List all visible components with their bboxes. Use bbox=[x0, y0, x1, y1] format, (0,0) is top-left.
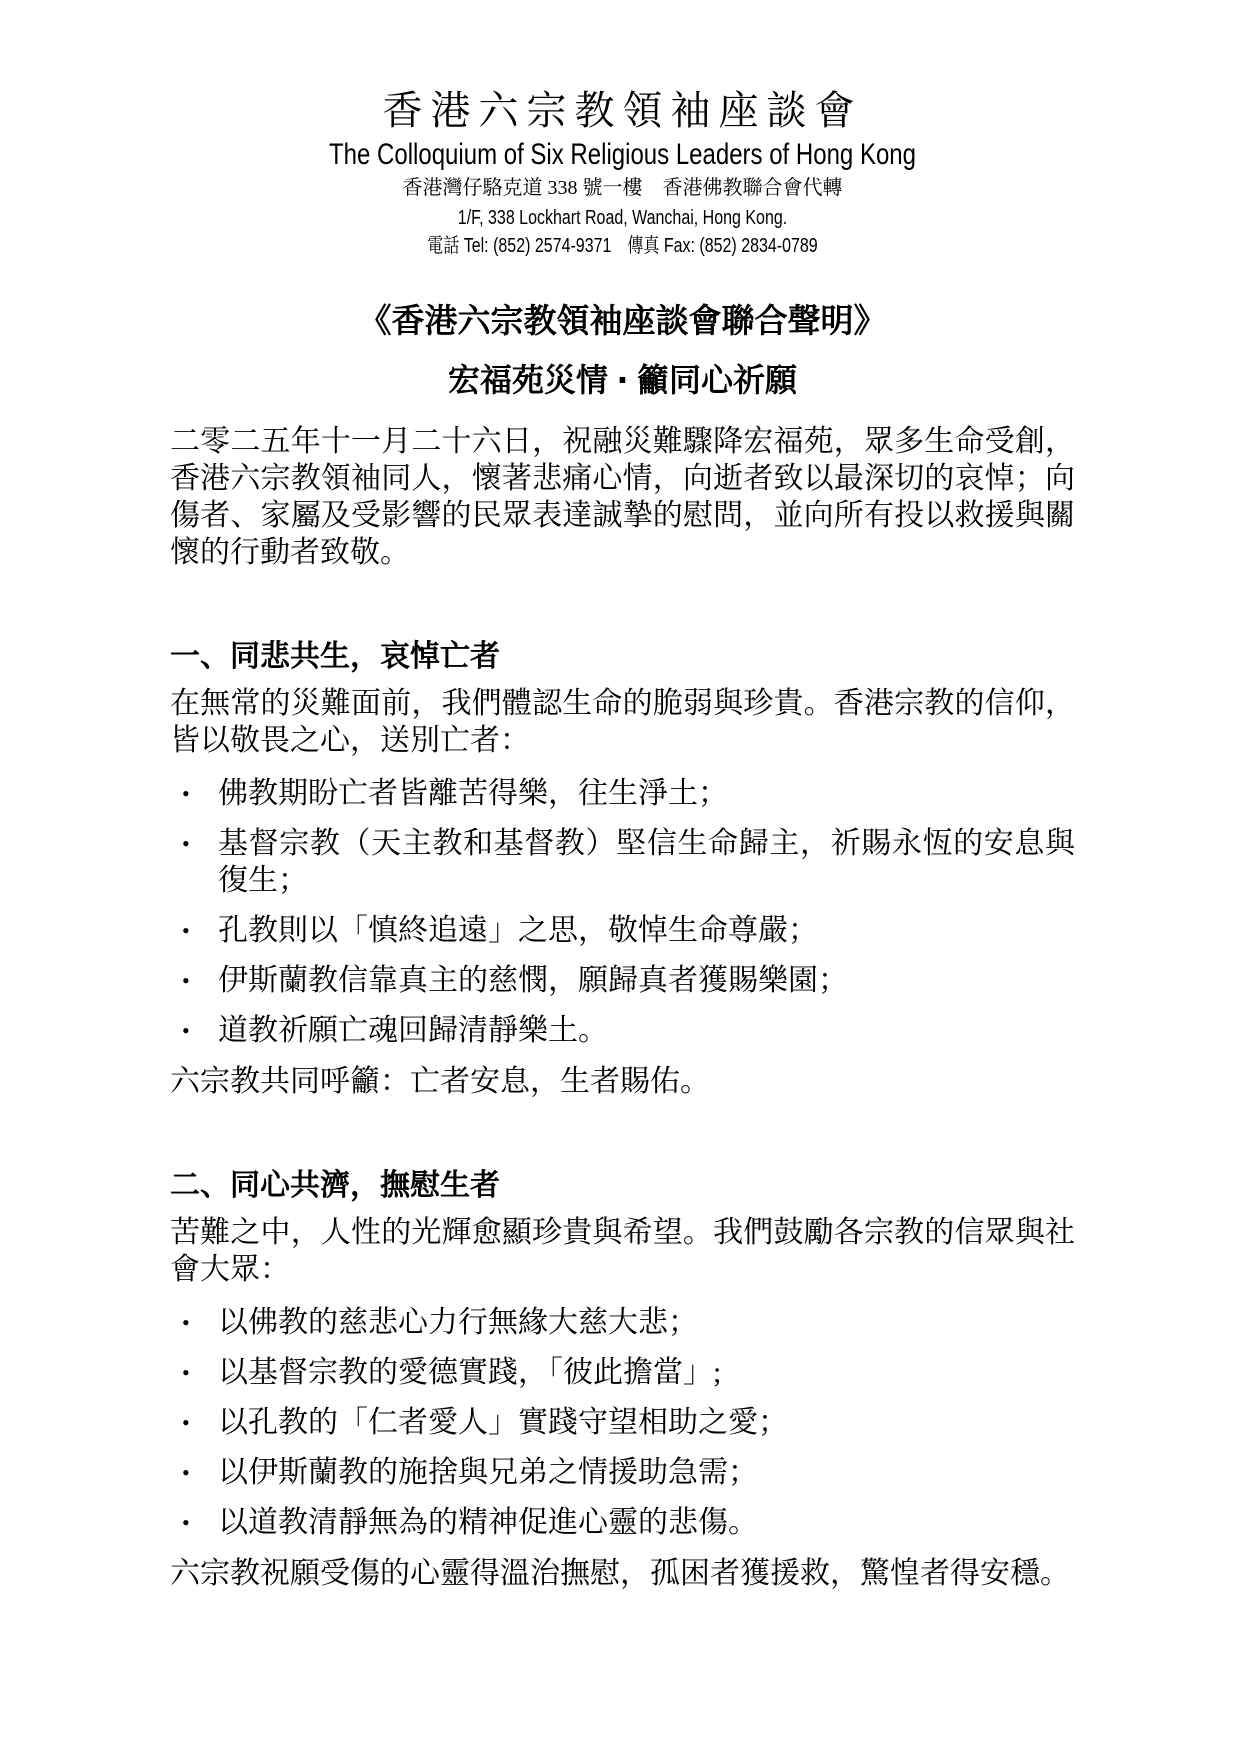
bullet-icon: • bbox=[170, 1454, 218, 1491]
tel-fax-line: 電話 Tel: (852) 2574-9371 傳真 Fax: (852) 28… bbox=[261, 233, 985, 259]
list-item: • 以孔教的「仁者愛人」實踐守望相助之愛； bbox=[170, 1404, 1075, 1441]
bullet-text: 以佛教的慈悲心力行無緣大慈大悲； bbox=[218, 1304, 1075, 1341]
list-item: • 道教祈願亡魂回歸清靜樂土。 bbox=[170, 1012, 1075, 1049]
statement-title: 《香港六宗教領袖座談會聯合聲明》 bbox=[170, 299, 1075, 343]
letterhead: 香港六宗教領袖座談會 The Colloquium of Six Religio… bbox=[170, 88, 1075, 259]
section-2-lead: 苦難之中，人性的光輝愈顯珍貴與希望。我們鼓勵各宗教的信眾與社會大眾： bbox=[170, 1214, 1075, 1288]
bullet-icon: • bbox=[170, 775, 218, 812]
bullet-icon: • bbox=[170, 1504, 218, 1541]
list-item: • 伊斯蘭教信靠真主的慈憫，願歸真者獲賜樂園； bbox=[170, 962, 1075, 999]
section-1-lead: 在無常的災難面前，我們體認生命的脆弱與珍貴。香港宗教的信仰，皆以敬畏之心，送別亡… bbox=[170, 685, 1075, 759]
list-item: • 佛教期盼亡者皆離苦得樂，往生淨土； bbox=[170, 775, 1075, 812]
list-item: • 以伊斯蘭教的施捨與兄弟之情援助急需； bbox=[170, 1454, 1075, 1491]
list-item: • 基督宗教（天主教和基督教）堅信生命歸主，祈賜永恆的安息與復生； bbox=[170, 825, 1075, 899]
bullet-text: 基督宗教（天主教和基督教）堅信生命歸主，祈賜永恆的安息與復生； bbox=[218, 825, 1075, 899]
bullet-text: 以基督宗教的愛德實踐，「彼此擔當」; bbox=[218, 1354, 1075, 1391]
bullet-text: 以孔教的「仁者愛人」實踐守望相助之愛； bbox=[218, 1404, 1075, 1441]
bullet-text: 伊斯蘭教信靠真主的慈憫，願歸真者獲賜樂園； bbox=[218, 962, 1075, 999]
list-item: • 以道教清靜無為的精神促進心靈的悲傷。 bbox=[170, 1504, 1075, 1541]
bullet-text: 以伊斯蘭教的施捨與兄弟之情援助急需； bbox=[218, 1454, 1075, 1491]
org-name-chinese: 香港六宗教領袖座談會 bbox=[170, 88, 1075, 134]
intro-paragraph: 二零二五年十一月二十六日，祝融災難驟降宏福苑，眾多生命受創，香港六宗教領袖同人，… bbox=[170, 423, 1075, 571]
address-chinese: 香港灣仔駱克道 338 號一樓 香港佛教聯合會代轉 bbox=[170, 175, 1075, 201]
bullet-icon: • bbox=[170, 912, 218, 949]
bullet-text: 道教祈願亡魂回歸清靜樂土。 bbox=[218, 1012, 1075, 1049]
document-page: 香港六宗教領袖座談會 The Colloquium of Six Religio… bbox=[0, 0, 1241, 1755]
list-item: • 以佛教的慈悲心力行無緣大慈大悲； bbox=[170, 1304, 1075, 1341]
section-2-closing: 六宗教祝願受傷的心靈得溫治撫慰，孤困者獲援救，驚惶者得安穩。 bbox=[170, 1555, 1075, 1592]
list-item: • 以基督宗教的愛德實踐，「彼此擔當」; bbox=[170, 1354, 1075, 1391]
address-english: 1/F, 338 Lockhart Road, Wanchai, Hong Ko… bbox=[261, 205, 985, 231]
bullet-icon: • bbox=[170, 1304, 218, 1341]
bullet-icon: • bbox=[170, 1354, 218, 1391]
bullet-icon: • bbox=[170, 1404, 218, 1441]
list-item: • 孔教則以「慎終追遠」之思，敬悼生命尊嚴； bbox=[170, 912, 1075, 949]
section-1-heading: 一、同悲共生，哀悼亡者 bbox=[170, 637, 1075, 677]
bullet-text: 孔教則以「慎終追遠」之思，敬悼生命尊嚴； bbox=[218, 912, 1075, 949]
bullet-icon: • bbox=[170, 1012, 218, 1049]
bullet-icon: • bbox=[170, 962, 218, 999]
section-2-bullet-list: • 以佛教的慈悲心力行無緣大慈大悲； • 以基督宗教的愛德實踐，「彼此擔當」; … bbox=[170, 1304, 1075, 1541]
bullet-icon: • bbox=[170, 825, 218, 862]
section-2-heading: 二、同心共濟，撫慰生者 bbox=[170, 1166, 1075, 1206]
section-1-bullet-list: • 佛教期盼亡者皆離苦得樂，往生淨土； • 基督宗教（天主教和基督教）堅信生命歸… bbox=[170, 775, 1075, 1049]
section-1-closing: 六宗教共同呼籲：亡者安息，生者賜佑。 bbox=[170, 1063, 1075, 1100]
bullet-text: 以道教清靜無為的精神促進心靈的悲傷。 bbox=[218, 1504, 1075, 1541]
org-name-english: The Colloquium of Six Religious Leaders … bbox=[261, 138, 985, 171]
statement-subtitle: 宏福苑災情 ‧ 籲同心祈願 bbox=[170, 359, 1075, 401]
bullet-text: 佛教期盼亡者皆離苦得樂，往生淨土； bbox=[218, 775, 1075, 812]
